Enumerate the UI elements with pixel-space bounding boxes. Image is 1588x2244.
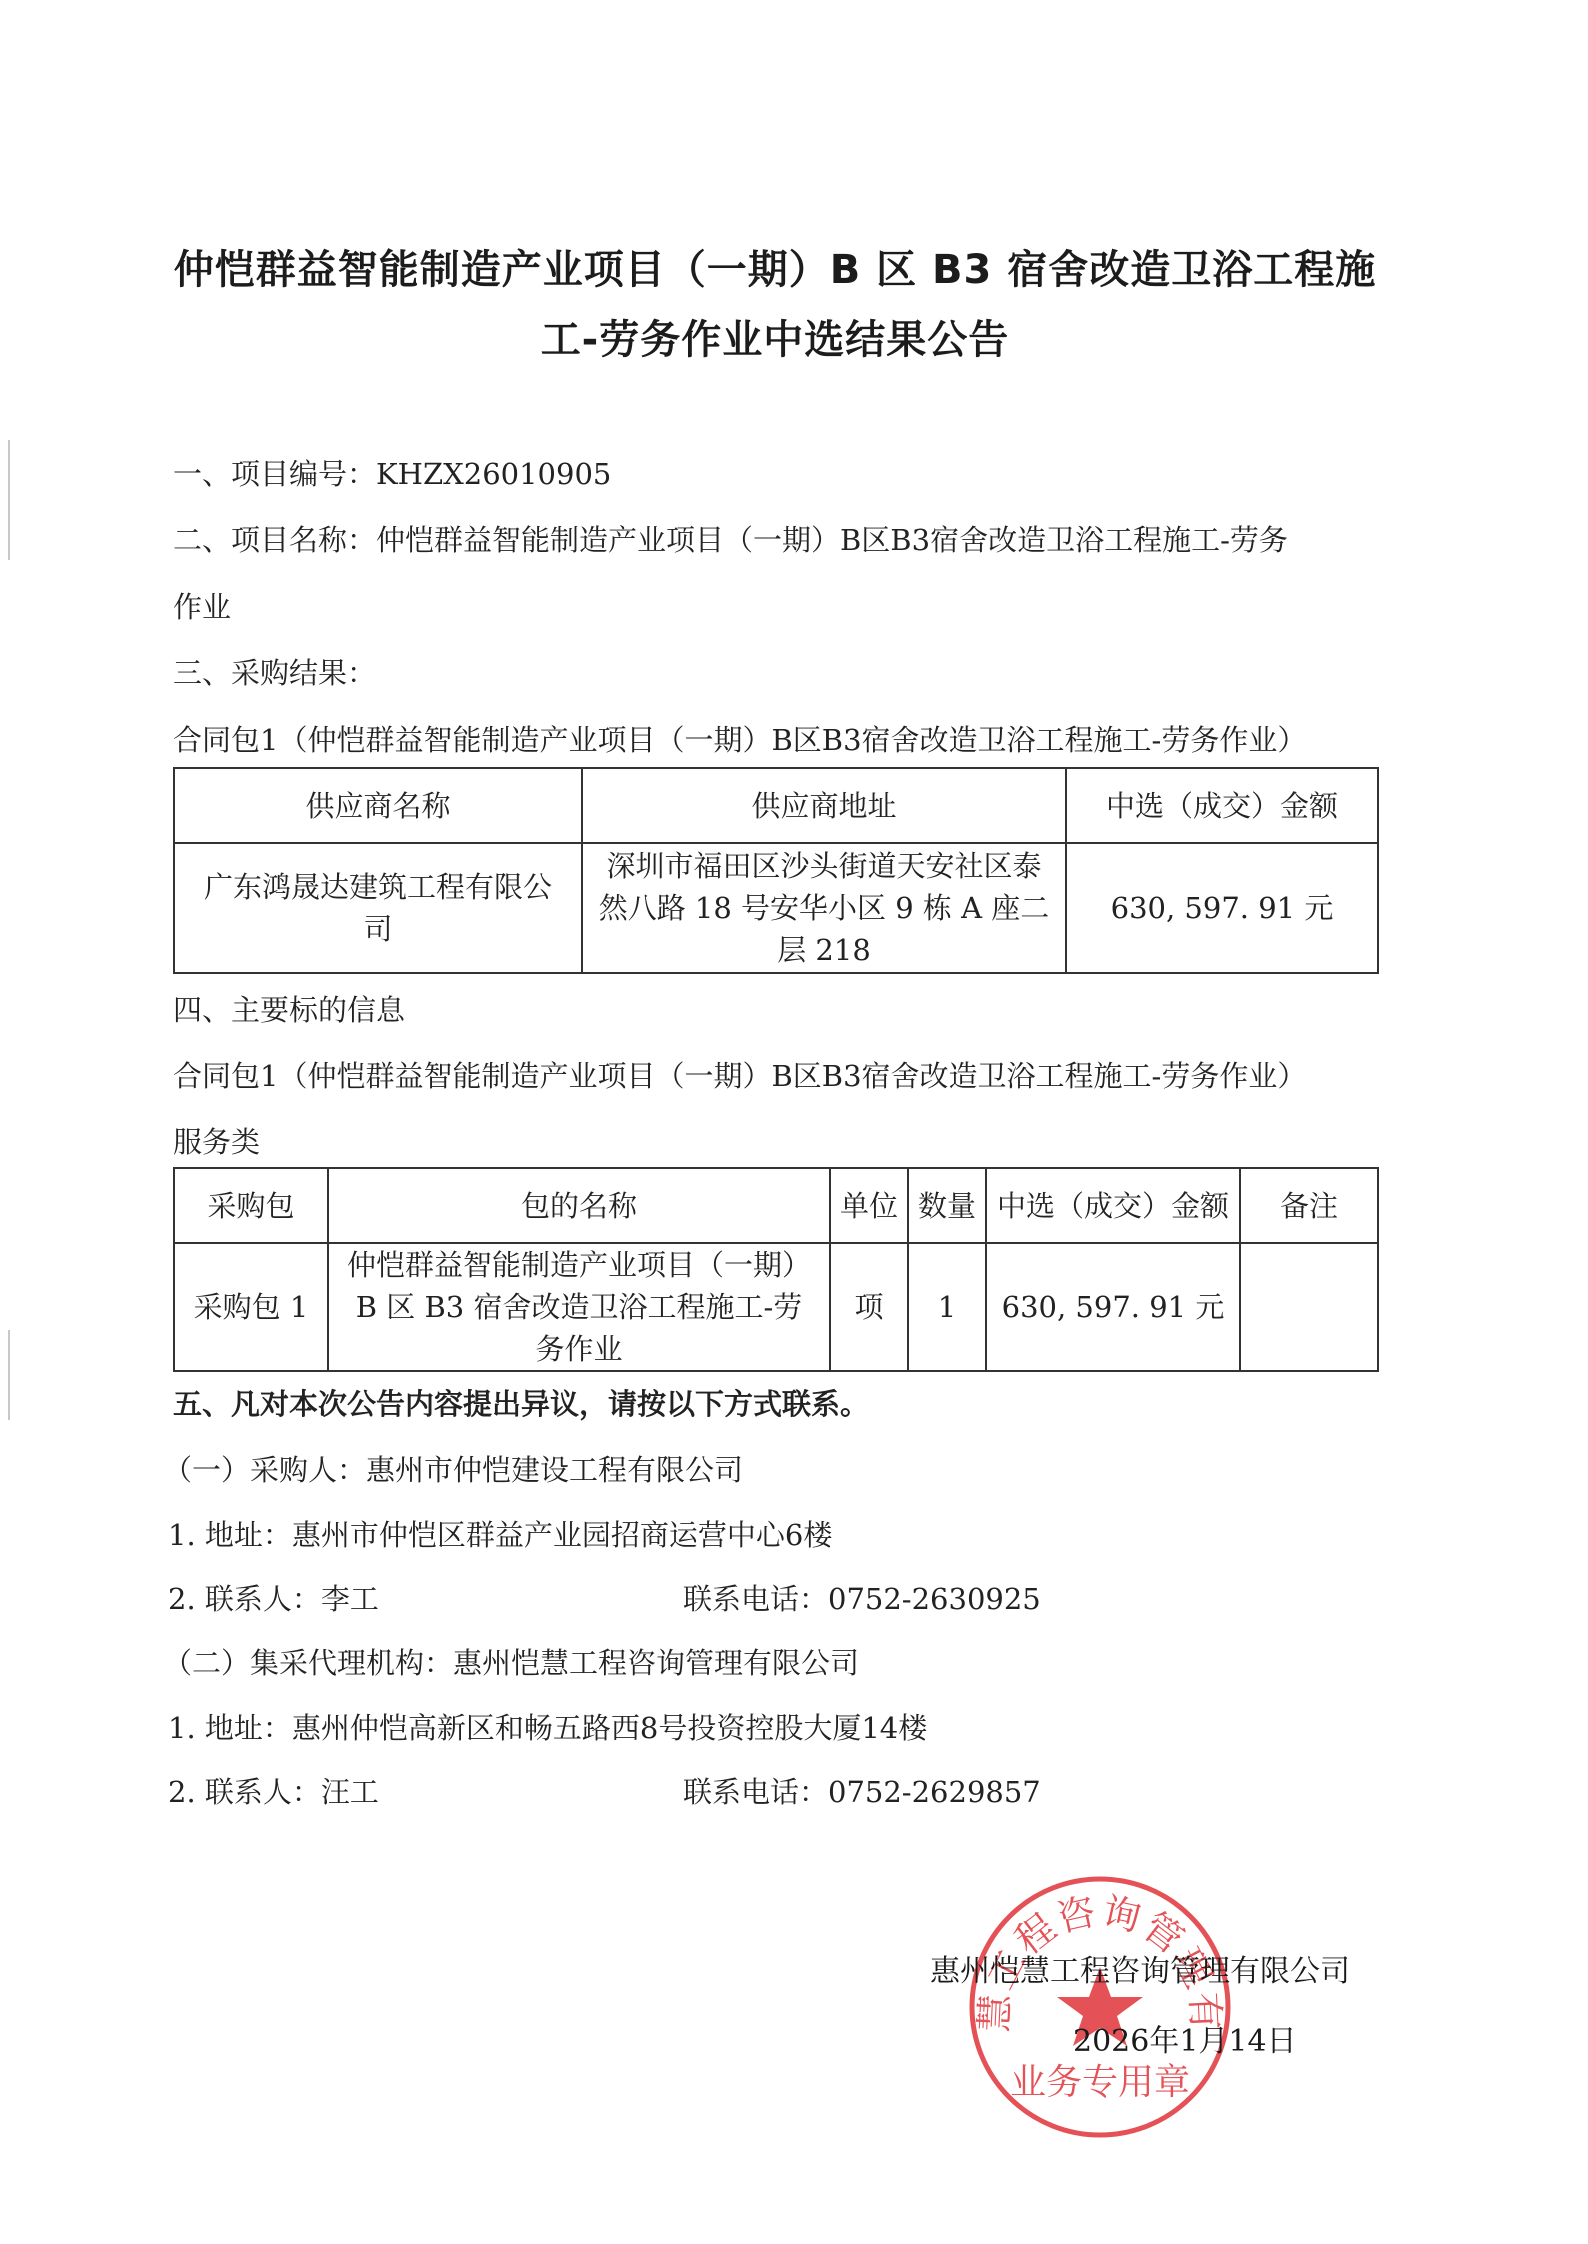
header-remark: 备注 <box>1240 1168 1378 1243</box>
package-amount: 630, 597. 91 元 <box>986 1243 1240 1371</box>
package-unit: 项 <box>830 1243 908 1371</box>
document-title-line1: 仲恺群益智能制造产业项目（一期）B 区 B3 宿舍改造卫浴工程施 <box>160 238 1390 295</box>
contract-package-label: 合同包1（仲恺群益智能制造产业项目（一期）B区B3宿舍改造卫浴工程施工-劳务作业… <box>173 718 1306 759</box>
supplier-amount: 630, 597. 91 元 <box>1066 843 1378 973</box>
package-name: 仲恺群益智能制造产业项目（一期）B 区 B3 宿舍改造卫浴工程施工-劳务作业 <box>328 1243 830 1371</box>
announcement-page: 仲恺群益智能制造产业项目（一期）B 区 B3 宿舍改造卫浴工程施 工-劳务作业中… <box>0 0 1588 2244</box>
agency-phone: 联系电话：0752-2629857 <box>683 1770 1041 1811</box>
section-main-subject: 四、主要标的信息 <box>173 988 405 1029</box>
header-supplier-name: 供应商名称 <box>174 768 582 843</box>
table-row: 广东鸿晟达建筑工程有限公司 深圳市福田区沙头街道天安社区泰然八路 18 号安华小… <box>174 843 1378 973</box>
purchaser-heading: （一）采购人：惠州市仲恺建设工程有限公司 <box>163 1448 743 1489</box>
project-name-line1: 二、项目名称：仲恺群益智能制造产业项目（一期）B区B3宿舍改造卫浴工程施工-劳务 <box>173 518 1288 559</box>
purchaser-phone: 联系电话：0752-2630925 <box>683 1577 1041 1618</box>
package-remark <box>1240 1243 1378 1371</box>
purchaser-contact: 2. 联系人：李工 <box>168 1577 379 1618</box>
agency-contact: 2. 联系人：汪工 <box>168 1770 379 1811</box>
purchaser-address: 1. 地址：惠州市仲恺区群益产业园招商运营中心6楼 <box>168 1513 832 1554</box>
package-id: 采购包 1 <box>174 1243 328 1371</box>
svg-text:业务专用章: 业务专用章 <box>1010 2062 1190 2103</box>
result-table: 供应商名称 供应商地址 中选（成交）金额 广东鸿晟达建筑工程有限公司 深圳市福田… <box>173 767 1379 974</box>
header-amount: 中选（成交）金额 <box>1066 768 1378 843</box>
scan-edge-mark <box>8 440 10 560</box>
header-supplier-address: 供应商地址 <box>582 768 1066 843</box>
table-row: 采购包 1 仲恺群益智能制造产业项目（一期）B 区 B3 宿舍改造卫浴工程施工-… <box>174 1243 1378 1371</box>
supplier-name: 广东鸿晟达建筑工程有限公司 <box>174 843 582 973</box>
header-unit: 单位 <box>830 1168 908 1243</box>
supplier-address: 深圳市福田区沙头街道天安社区泰然八路 18 号安华小区 9 栋 A 座二层 21… <box>582 843 1066 973</box>
contract-package-label-2: 合同包1（仲恺群益智能制造产业项目（一期）B区B3宿舍改造卫浴工程施工-劳务作业… <box>173 1054 1306 1095</box>
signature-date: 2026年1月14日 <box>1073 2016 1297 2060</box>
section-objection-contact: 五、凡对本次公告内容提出异议，请按以下方式联系。 <box>173 1382 869 1423</box>
project-name-line2: 作业 <box>173 585 231 626</box>
table-header-row: 供应商名称 供应商地址 中选（成交）金额 <box>174 768 1378 843</box>
agency-heading: （二）集采代理机构：惠州恺慧工程咨询管理有限公司 <box>163 1641 859 1682</box>
section-procurement-result: 三、采购结果： <box>173 651 376 692</box>
header-amount: 中选（成交）金额 <box>986 1168 1240 1243</box>
header-package: 采购包 <box>174 1168 328 1243</box>
table-header-row: 采购包 包的名称 单位 数量 中选（成交）金额 备注 <box>174 1168 1378 1243</box>
official-seal-icon: 惠州恺慧工程咨询管理有限公司 业务专用章 <box>965 1872 1235 2142</box>
category-label: 服务类 <box>173 1120 260 1161</box>
document-title-line2: 工-劳务作业中选结果公告 <box>160 308 1390 365</box>
header-quantity: 数量 <box>908 1168 986 1243</box>
signature-company: 惠州恺慧工程咨询管理有限公司 <box>930 1946 1350 1990</box>
project-number: 一、项目编号：KHZX26010905 <box>173 452 611 493</box>
header-package-name: 包的名称 <box>328 1168 830 1243</box>
scan-edge-mark <box>8 1330 10 1420</box>
package-quantity: 1 <box>908 1243 986 1371</box>
info-table: 采购包 包的名称 单位 数量 中选（成交）金额 备注 采购包 1 仲恺群益智能制… <box>173 1167 1379 1372</box>
agency-address: 1. 地址：惠州仲恺高新区和畅五路西8号投资控股大厦14楼 <box>168 1706 927 1747</box>
